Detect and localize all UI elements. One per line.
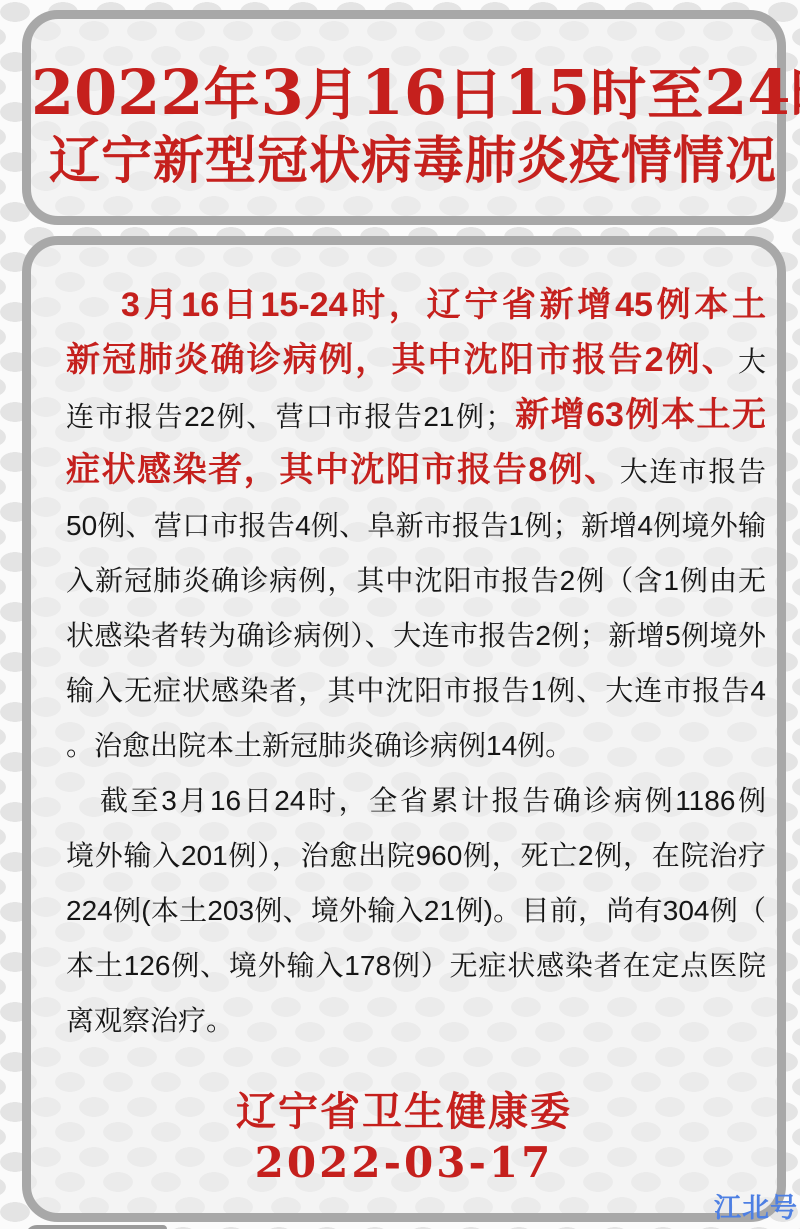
text-segment: 本土126例、境外输入178例）无症状感染者在定点医院隔 [66, 950, 766, 993]
body-line: 224例(本土203例、境外输入21例)。目前，尚有304例（ [66, 883, 766, 938]
next-card-top-edge [25, 1225, 167, 1229]
body-line: 新冠肺炎确诊病例，其中沈阳市报告2例、大 [66, 333, 766, 388]
text-segment: 时至 [590, 63, 704, 126]
text-segment: 3月16日15-24时，辽宁省新增45例本土 [121, 286, 766, 324]
text-segment: 新增63例本土无 [514, 396, 766, 434]
text-segment: 224例(本土203例、境外输入21例)。目前，尚有304例（ [66, 895, 766, 926]
title-line-2: 辽宁新型冠状病毒肺炎疫情情况 [31, 129, 795, 193]
text-segment: 新冠肺炎确诊病例，其中沈阳市报告2例、 [66, 341, 738, 379]
text-segment: 日 [447, 63, 504, 126]
text-segment: 24 [704, 56, 790, 129]
text-segment: 16 [361, 56, 447, 129]
body-line: 。治愈出院本土新冠肺炎确诊病例14例。 [66, 718, 766, 773]
body-line: 境外输入201例），治愈出院960例，死亡2例，在院治疗 [66, 828, 766, 883]
text-segment: 输入无症状感染者，其中沈阳市报告1例、大连市报告4例 [66, 675, 766, 718]
title-line-1: 2022年3月16日15时至24时 [31, 57, 795, 129]
text-segment: 连市报告22例、营口市报告21例； [66, 401, 514, 432]
text-segment: 15 [504, 56, 590, 129]
text-segment: 入新冠肺炎确诊病例，其中沈阳市报告2例（含1例由无症 [66, 565, 766, 608]
text-segment: 2022 [31, 56, 204, 129]
text-segment: 症状感染者，其中沈阳市报告8例、 [66, 451, 620, 489]
text-segment: 3 [261, 56, 304, 129]
text-segment: 大连市报告 [620, 456, 766, 487]
text-segment: 年 [204, 63, 261, 126]
body-line: 状感染者转为确诊病例）、大连市报告2例；新增5例境外 [66, 608, 766, 663]
body-line: 50例、营口市报告4例、阜新市报告1例；新增4例境外输 [66, 498, 766, 553]
body-line: 连市报告22例、营口市报告21例；新增63例本土无 [66, 388, 766, 443]
body-line: 离观察治疗。 [66, 993, 766, 1048]
body-line: 截至3月16日24时，全省累计报告确诊病例1186例（含 [66, 773, 766, 828]
body-line: 症状感染者，其中沈阳市报告8例、大连市报告 [66, 443, 766, 498]
issue-date: 2022-03-17 [22, 1142, 786, 1184]
text-segment: 50例、营口市报告4例、阜新市报告1例；新增4例境外输 [66, 510, 766, 541]
text-segment: 离观察治疗。 [66, 1005, 234, 1036]
issuer-name: 辽宁省卫生健康委 [22, 1088, 786, 1136]
text-segment: 时 [791, 63, 800, 126]
body-line: 输入无症状感染者，其中沈阳市报告1例、大连市报告4例 [66, 663, 766, 718]
watermark-jiangbeihao: 江北号 [714, 1192, 798, 1224]
report-body-text: 3月16日15-24时，辽宁省新增45例本土新冠肺炎确诊病例，其中沈阳市报告2例… [66, 278, 766, 1048]
text-segment: 月 [304, 63, 361, 126]
text-segment: 状感染者转为确诊病例）、大连市报告2例；新增5例境外 [66, 620, 766, 651]
body-line: 3月16日15-24时，辽宁省新增45例本土 [66, 278, 766, 333]
text-segment: 。治愈出院本土新冠肺炎确诊病例14例。 [66, 730, 573, 761]
text-segment: 大 [738, 346, 766, 377]
text-segment: 境外输入201例），治愈出院960例，死亡2例，在院治疗 [66, 840, 766, 871]
title-card: 2022年3月16日15时至24时 辽宁新型冠状病毒肺炎疫情情况 [22, 10, 786, 225]
body-line: 本土126例、境外输入178例）无症状感染者在定点医院隔 [66, 938, 766, 993]
text-segment: 截至3月16日24时，全省累计报告确诊病例1186例（含 [66, 785, 766, 828]
body-line: 入新冠肺炎确诊病例，其中沈阳市报告2例（含1例由无症 [66, 553, 766, 608]
